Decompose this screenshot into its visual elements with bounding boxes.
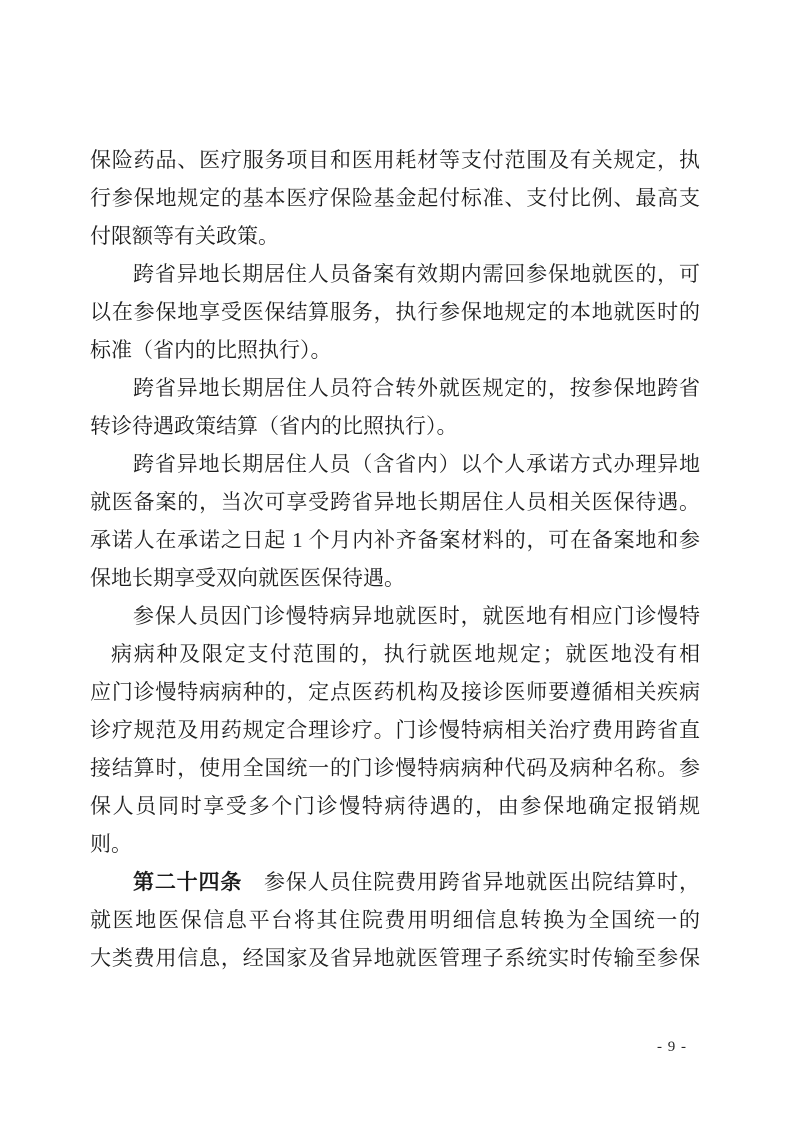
text-line: 参保人员因门诊慢特病异地就医时，就医地有相应门诊慢特 [90, 597, 700, 635]
text-line: 承诺人在承诺之日起 1 个月内补齐备案材料的，可在备案地和参 [90, 521, 700, 559]
article-24-heading: 第二十四条 [133, 870, 242, 894]
text-line: 病病种及限定支付范围的，执行就医地规定；就医地没有相 [90, 635, 700, 673]
text-line: 则。 [90, 825, 700, 863]
text-line: 就医备案的，当次可享受跨省异地长期居住人员相关医保待遇。 [90, 483, 700, 521]
text-line: 跨省异地长期居住人员符合转外就医规定的，按参保地跨省 [90, 369, 700, 407]
document-body: 保险药品、医疗服务项目和医用耗材等支付范围及有关规定，执 行参保地规定的基本医疗… [90, 141, 700, 977]
text-line: 应门诊慢特病病种的，定点医药机构及接诊医师要遵循相关疾病 [90, 673, 700, 711]
text-line: 接结算时，使用全国统一的门诊慢特病病种代码及病种名称。参 [90, 749, 700, 787]
text-line: 诊疗规范及用药规定合理诊疗。门诊慢特病相关治疗费用跨省直 [90, 711, 700, 749]
paragraph-outpatient-chronic-disease: 参保人员因门诊慢特病异地就医时，就医地有相应门诊慢特 病病种及限定支付范围的，执… [90, 597, 700, 863]
text-line: 大类费用信息，经国家及省异地就医管理子系统实时传输至参保 [90, 939, 700, 977]
text-line: 跨省异地长期居住人员备案有效期内需回参保地就医的，可 [90, 255, 700, 293]
paragraph-payment-policy: 保险药品、医疗服务项目和医用耗材等支付范围及有关规定，执 行参保地规定的基本医疗… [90, 141, 700, 255]
document-page: 保险药品、医疗服务项目和医用耗材等支付范围及有关规定，执 行参保地规定的基本医疗… [0, 0, 793, 1122]
text-line: 保人员同时享受多个门诊慢特病待遇的，由参保地确定报销规 [90, 787, 700, 825]
text-line: 第二十四条 参保人员住院费用跨省异地就医出院结算时， [90, 863, 700, 901]
article-24-lead-text: 参保人员住院费用跨省异地就医出院结算时， [242, 870, 700, 894]
text-line: 行参保地规定的基本医疗保险基金起付标准、支付比例、最高支 [90, 179, 700, 217]
text-line: 保险药品、医疗服务项目和医用耗材等支付范围及有关规定，执 [90, 141, 700, 179]
text-line: 保地长期享受双向就医医保待遇。 [90, 559, 700, 597]
text-line: 付限额等有关政策。 [90, 217, 700, 255]
text-line: 跨省异地长期居住人员（含省内）以个人承诺方式办理异地 [90, 445, 700, 483]
text-line: 转诊待遇政策结算（省内的比照执行）。 [90, 407, 700, 445]
text-line: 就医地医保信息平台将其住院费用明细信息转换为全国统一的 [90, 901, 700, 939]
paragraph-article-24: 第二十四条 参保人员住院费用跨省异地就医出院结算时， 就医地医保信息平台将其住院… [90, 863, 700, 977]
text-line: 标准（省内的比照执行）。 [90, 331, 700, 369]
paragraph-referral-policy: 跨省异地长期居住人员符合转外就医规定的，按参保地跨省 转诊待遇政策结算（省内的比… [90, 369, 700, 445]
paragraph-personal-commitment: 跨省异地长期居住人员（含省内）以个人承诺方式办理异地 就医备案的，当次可享受跨省… [90, 445, 700, 597]
page-number: - 9 - [657, 1037, 687, 1057]
text-line: 以在参保地享受医保结算服务，执行参保地规定的本地就医时的 [90, 293, 700, 331]
paragraph-return-to-insured-area: 跨省异地长期居住人员备案有效期内需回参保地就医的，可 以在参保地享受医保结算服务… [90, 255, 700, 369]
